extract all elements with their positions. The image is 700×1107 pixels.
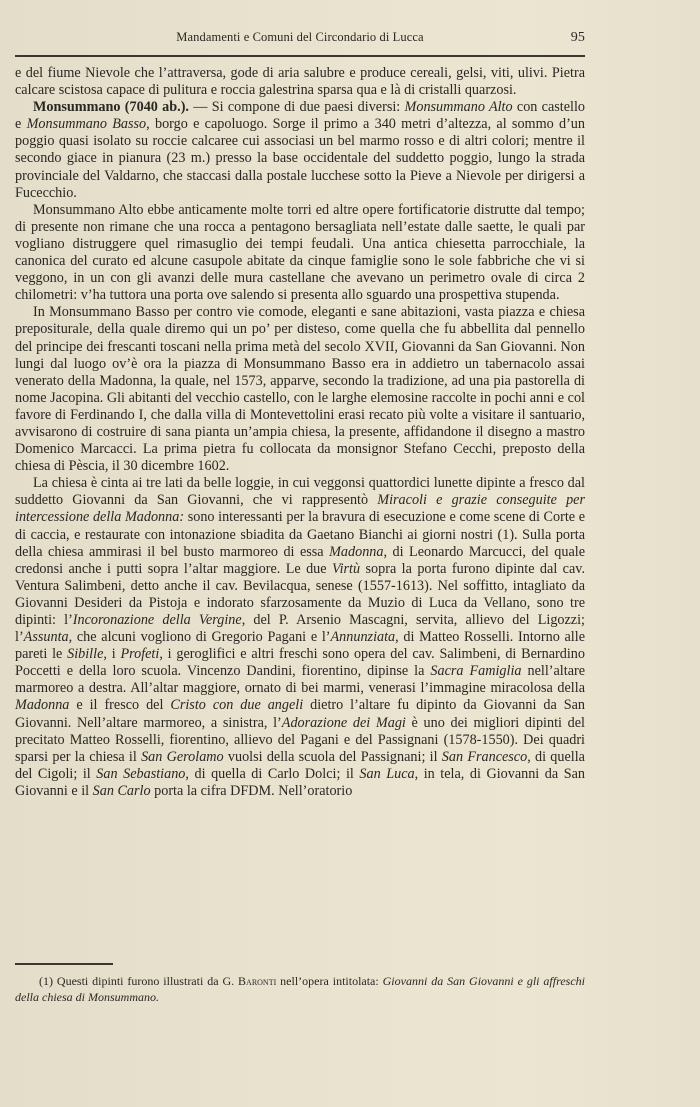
page-number: 95 xyxy=(571,30,585,46)
italic-title: San Gerolamo xyxy=(141,749,224,765)
paragraph: La chiesa è cinta ai tre lati da belle l… xyxy=(15,475,585,800)
footnote: (1) Questi dipinti furono illustrati da … xyxy=(15,973,585,1005)
italic-title: Adorazione dei Magi xyxy=(282,715,406,731)
footnote-author: Baronti xyxy=(238,974,276,988)
paragraph: In Monsummano Basso per contro vie comod… xyxy=(15,304,585,475)
italic-title: San Luca xyxy=(359,766,414,782)
running-title: Mandamenti e Comuni del Circondario di L… xyxy=(15,30,585,45)
paragraph: e del fiume Nievole che l’attraversa, go… xyxy=(15,65,585,99)
text-run: Monsummano Alto ebbe anticamente molte t… xyxy=(15,202,585,303)
footnote-paragraph: (1) Questi dipinti furono illustrati da … xyxy=(15,973,585,1005)
text-run: , di quella di Carlo Dolci; il xyxy=(185,766,359,782)
italic-title: Monsummano Alto xyxy=(405,99,513,115)
paragraph: Monsummano (7040 ab.). — Si compone di d… xyxy=(15,99,585,202)
entry-heading: Monsummano (7040 ab.). xyxy=(33,99,189,115)
text-run: , che alcuni vogliono di Gregorio Pagani… xyxy=(69,629,331,645)
text-run: In Monsummano Basso per contro vie comod… xyxy=(15,304,585,474)
italic-title: Monsummano Basso xyxy=(27,116,147,132)
italic-title: Virtù xyxy=(332,561,360,577)
italic-title: San Carlo xyxy=(93,783,151,799)
footnote-rule xyxy=(15,963,113,965)
italic-title: Madonna xyxy=(329,544,383,560)
footnote-marker: (1) xyxy=(39,974,53,988)
italic-title: Assunta xyxy=(24,629,69,645)
running-header: Mandamenti e Comuni del Circondario di L… xyxy=(15,30,585,50)
italic-title: San Fran­cesco xyxy=(442,749,527,765)
text-run: porta la cifra DFDM. Nell’oratorio xyxy=(151,783,353,799)
italic-title: Cristo con due angeli xyxy=(170,697,303,713)
italic-title: San Sebastiano xyxy=(96,766,185,782)
italic-title: Madonna xyxy=(15,697,69,713)
italic-title: Sibille xyxy=(67,646,103,662)
italic-title: Sacra Famiglia xyxy=(430,663,521,679)
body-text: e del fiume Nievole che l’attraversa, go… xyxy=(15,65,585,800)
text-run: , i xyxy=(103,646,120,662)
paragraph: Monsummano Alto ebbe anticamente molte t… xyxy=(15,202,585,305)
text-run: e il fresco del xyxy=(69,697,170,713)
header-rule xyxy=(15,55,585,57)
text-run: vuolsi della scuola del Passignani; il xyxy=(224,749,442,765)
text-run: e del fiume Nievole che l’attraversa, go… xyxy=(15,65,585,98)
italic-title: Annunziata xyxy=(331,629,396,645)
italic-title: Profeti xyxy=(120,646,159,662)
italic-title: Incoronazione della Vergine xyxy=(73,612,242,628)
